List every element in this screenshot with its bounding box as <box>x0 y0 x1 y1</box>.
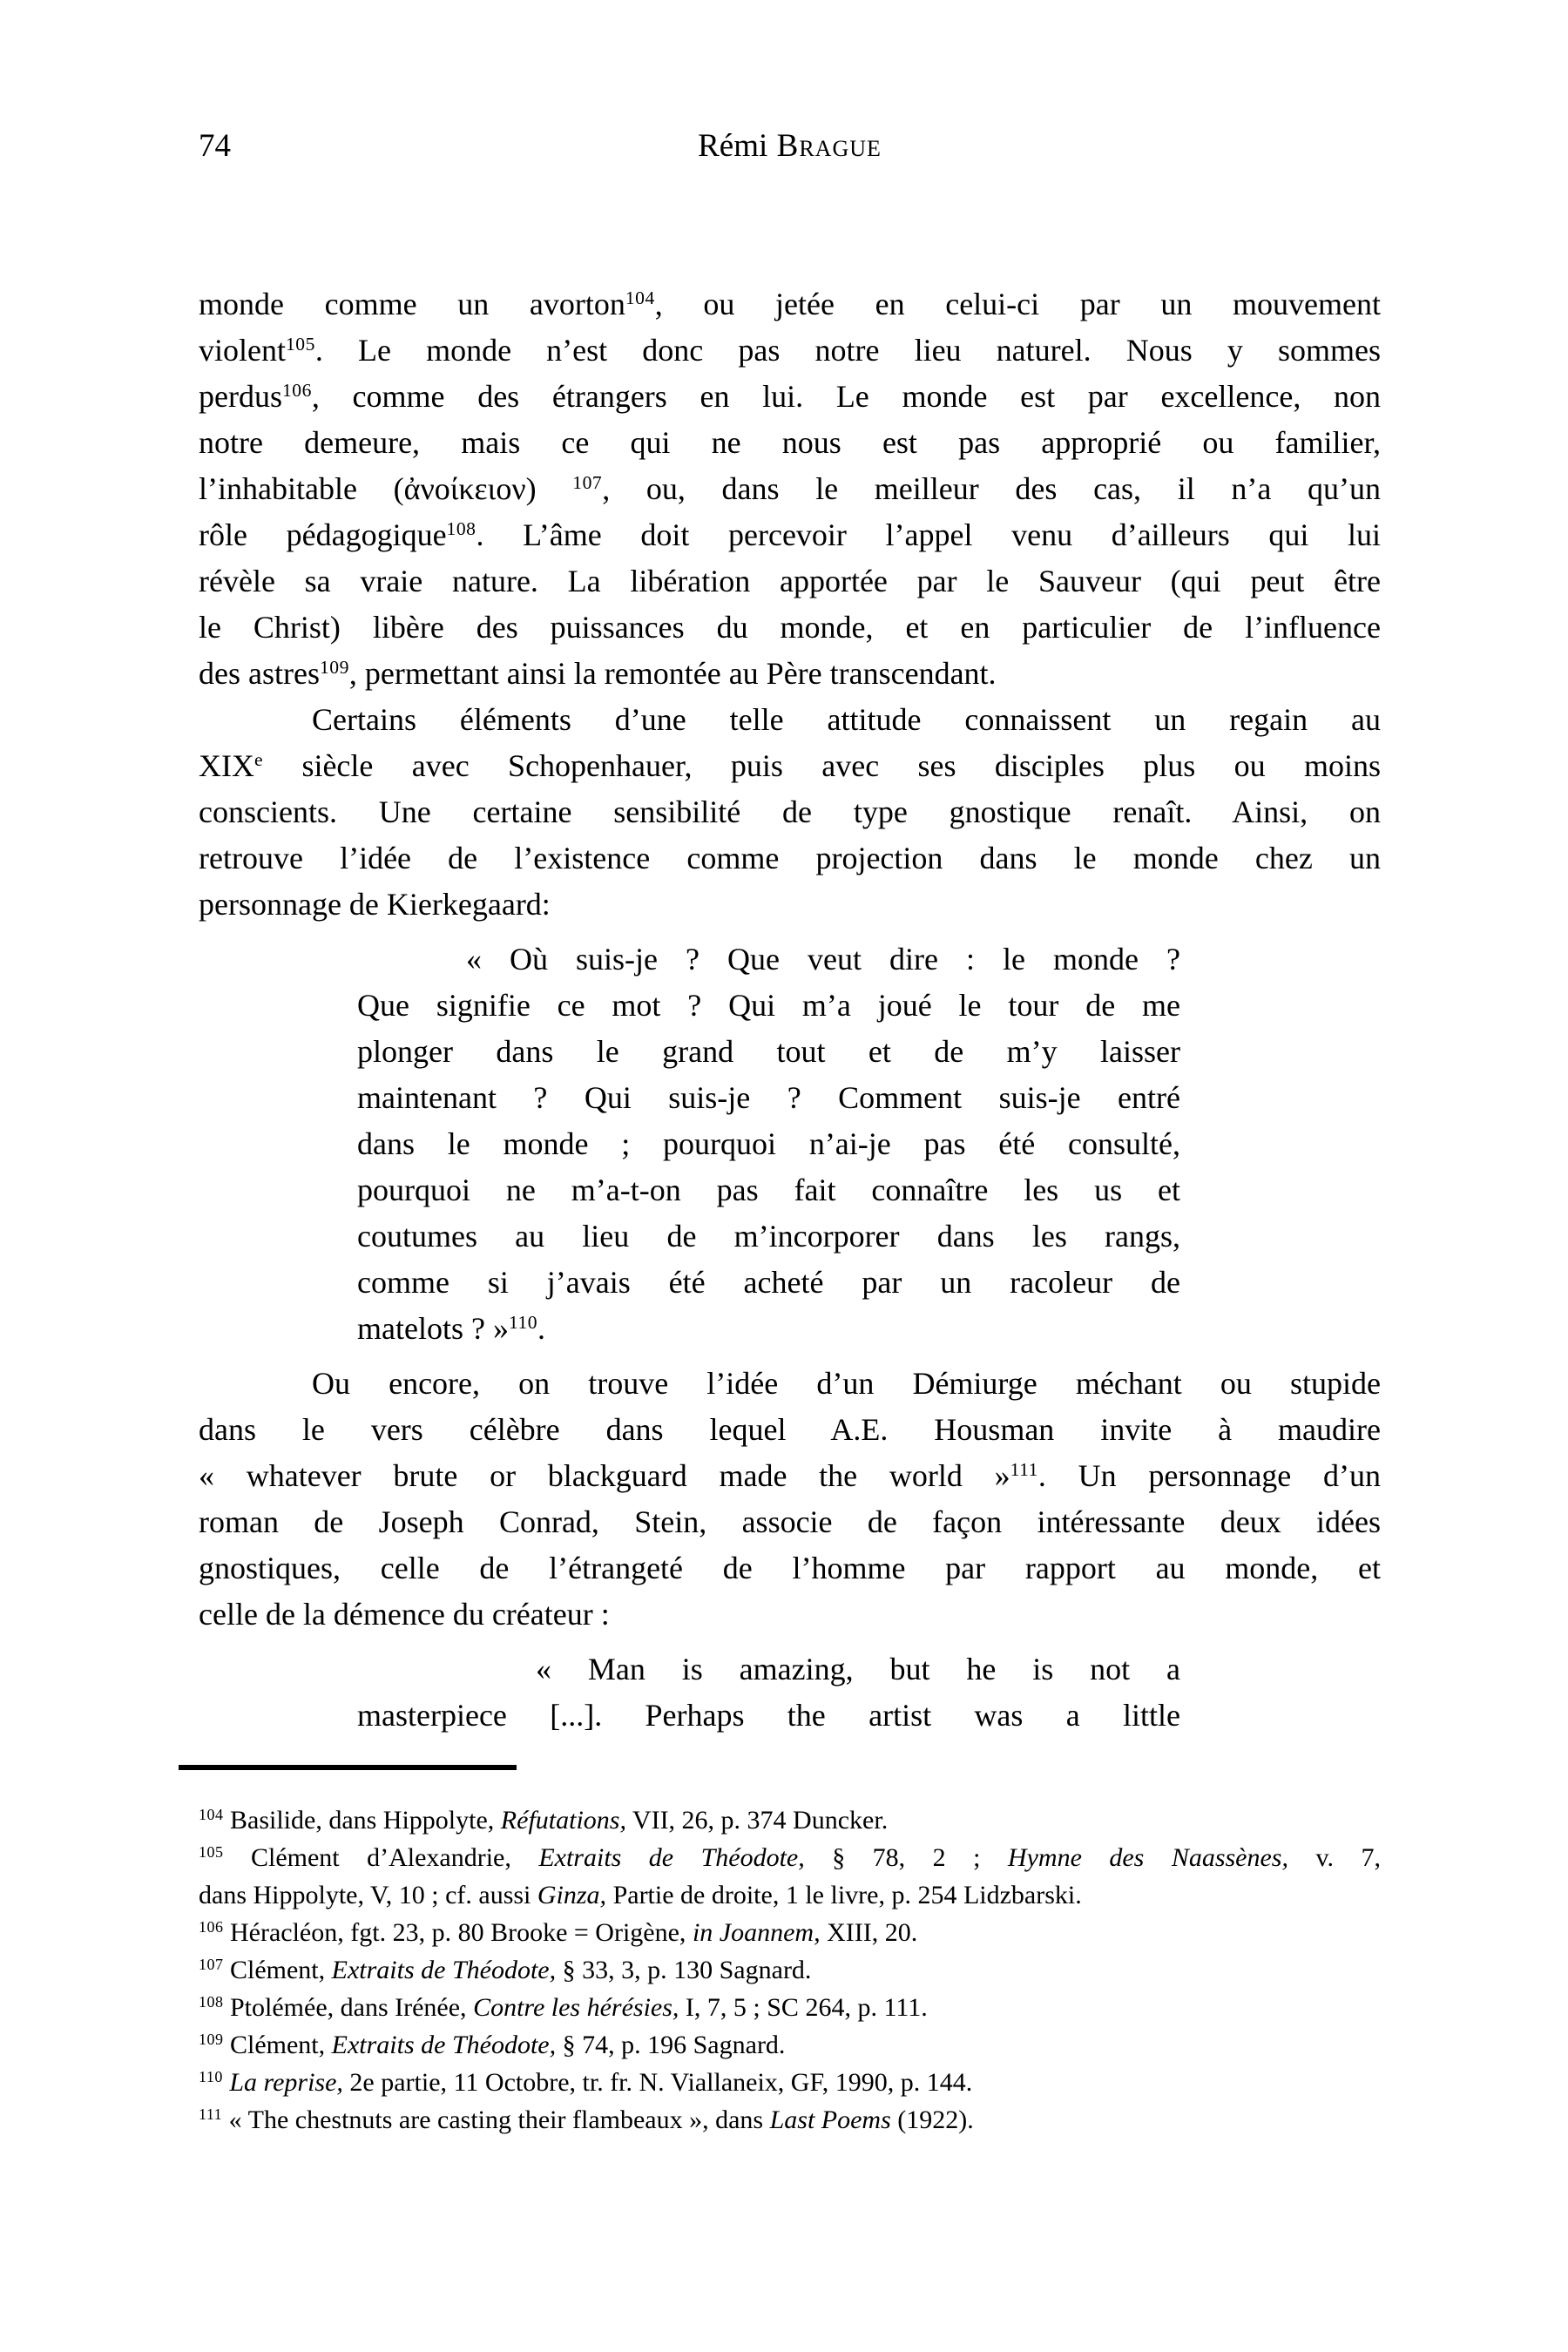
superscript: 107 <box>199 1956 224 1973</box>
block-quote: « Où suis-je ? Que veut dire : le monde … <box>357 936 1180 1352</box>
paragraph: Certains éléments d’une telle attitude c… <box>199 697 1381 928</box>
text-line: perdus106, comme des étrangers en lui. L… <box>199 374 1381 420</box>
text-run: Clément d’Alexandrie, <box>224 1843 539 1872</box>
paragraph: Ou encore, on trouve l’idée d’un Démiurg… <box>199 1361 1381 1638</box>
superscript: 111 <box>199 2105 222 2123</box>
text-run: masterpiece [...]. Perhaps the artist wa… <box>357 1698 1180 1733</box>
text-line: Certains éléments d’une telle attitude c… <box>199 697 1381 743</box>
text-run: notre demeure, mais ce qui ne nous est p… <box>199 425 1381 460</box>
text-run: Partie de droite, 1 le livre, p. 254 Lid… <box>606 1881 1082 1909</box>
running-head-given-name: Rémi <box>698 128 767 164</box>
italic-text: Réfutations, <box>501 1806 626 1835</box>
superscript: e <box>254 749 263 770</box>
footnote-line: 110 La reprise, 2e partie, 11 Octobre, t… <box>199 2064 1381 2101</box>
text-line: violent105. Le monde n’est donc pas notr… <box>199 328 1381 374</box>
page-header: 74 RémiBrague <box>199 127 1381 166</box>
text-run: monde comme un avorton <box>199 287 625 321</box>
superscript: 107 <box>572 472 602 493</box>
superscript: 109 <box>199 2031 224 2048</box>
italic-text: Extraits de Théodote, <box>538 1843 804 1872</box>
text-run: . Un personnage d’un <box>1038 1458 1381 1493</box>
running-head-family-name: Brague <box>777 128 882 164</box>
text-run: . L’âme doit percevoir l’appel venu d’ai… <box>476 517 1381 552</box>
text-run: le Christ) libère des puissances du mond… <box>199 610 1381 645</box>
block-quote: « Man is amazing, but he is not amasterp… <box>357 1646 1180 1739</box>
text-line: dans le monde ; pourquoi n’ai-je pas été… <box>357 1121 1180 1167</box>
text-run: révèle sa vraie nature. La libération ap… <box>199 564 1381 598</box>
text-run: conscients. Une certaine sensibilité de … <box>199 794 1381 829</box>
text-line: maintenant ? Qui suis-je ? Comment suis-… <box>357 1075 1180 1121</box>
text-line: le Christ) libère des puissances du mond… <box>199 605 1381 651</box>
text-line: rôle pédagogique108. L’âme doit percevoi… <box>199 512 1381 558</box>
text-run: , permettant ainsi la remontée au Père t… <box>349 656 997 691</box>
footnote-separator-rule <box>179 1765 517 1770</box>
superscript: 111 <box>1010 1459 1038 1480</box>
text-line: « Où suis-je ? Que veut dire : le monde … <box>357 936 1180 983</box>
text-line: XIXe siècle avec Schopenhauer, puis avec… <box>199 743 1381 789</box>
text-line: des astres109, permettant ainsi la remon… <box>199 651 1381 697</box>
text-run: , comme des étrangers en lui. Le monde e… <box>312 379 1381 414</box>
superscript: 106 <box>199 1918 224 1936</box>
text-run: « Où suis-je ? Que veut dire : le monde … <box>466 942 1180 977</box>
superscript: 104 <box>199 1806 224 1823</box>
text-line: révèle sa vraie nature. La libération ap… <box>199 558 1381 605</box>
text-run: dans le vers célèbre dans lequel A.E. Ho… <box>199 1412 1381 1447</box>
body-text: monde comme un avorton104, ou jetée en c… <box>199 281 1381 1739</box>
text-line: coutumes au lieu de m’incorporer dans le… <box>357 1213 1180 1260</box>
text-run: roman de Joseph Conrad, Stein, associe d… <box>199 1504 1381 1539</box>
footnote-line: 108 Ptolémée, dans Irénée, Contre les hé… <box>199 1989 1381 2026</box>
text-run: dans Hippolyte, V, 10 ; cf. aussi <box>199 1881 537 1909</box>
text-run: l’inhabitable (ἀνοίκειον) <box>199 471 572 506</box>
text-run: . <box>537 1311 545 1346</box>
text-line: gnostiques, celle de l’étrangeté de l’ho… <box>199 1545 1381 1592</box>
text-line: celle de la démence du créateur : <box>199 1592 1381 1638</box>
superscript: 105 <box>199 1843 224 1861</box>
page-body: monde comme un avorton104, ou jetée en c… <box>199 281 1381 2139</box>
text-line: l’inhabitable (ἀνοίκειον) 107, ou, dans … <box>199 466 1381 512</box>
text-run: maintenant ? Qui suis-je ? Comment suis-… <box>357 1080 1180 1115</box>
italic-text: La reprise, <box>229 2068 343 2097</box>
text-run: (1922). <box>891 2105 974 2134</box>
footnote-line: 106 Héracléon, fgt. 23, p. 80 Brooke = O… <box>199 1914 1381 1951</box>
text-line: « Man is amazing, but he is not a <box>357 1646 1180 1693</box>
text-run: v. 7, <box>1288 1843 1381 1872</box>
footnote-line: dans Hippolyte, V, 10 ; cf. aussi Ginza,… <box>199 1876 1381 1914</box>
text-run: XIII, 20. <box>821 1918 918 1947</box>
text-run: Ptolémée, dans Irénée, <box>224 1993 474 2022</box>
text-run: « whatever brute or blackguard made the … <box>199 1458 1010 1493</box>
text-run: XIX <box>199 748 254 783</box>
text-line: comme si j’avais été acheté par un racol… <box>357 1260 1180 1306</box>
text-run: Héracléon, fgt. 23, p. 80 Brooke = Origè… <box>224 1918 693 1947</box>
superscript: 108 <box>199 1993 224 2011</box>
text-line: Que signifie ce mot ? Qui m’a joué le to… <box>357 983 1180 1029</box>
superscript: 109 <box>320 657 349 678</box>
superscript: 108 <box>447 518 476 539</box>
text-run: dans le monde ; pourquoi n’ai-je pas été… <box>357 1126 1180 1161</box>
text-run: rôle pédagogique <box>199 517 447 552</box>
footnotes: 104 Basilide, dans Hippolyte, Réfutation… <box>199 1801 1381 2139</box>
superscript: 110 <box>509 1312 537 1333</box>
superscript: 110 <box>199 2068 223 2085</box>
text-run: Clément, <box>224 1956 332 1984</box>
superscript: 105 <box>286 334 315 355</box>
text-line: personnage de Kierkegaard: <box>199 882 1381 928</box>
text-run: VII, 26, p. 374 Duncker. <box>626 1806 888 1835</box>
text-run: pourquoi ne m’a-t-on pas fait connaître … <box>357 1173 1180 1207</box>
running-head: RémiBrague <box>199 127 1381 166</box>
text-line: plonger dans le grand tout et de m’y lai… <box>357 1029 1180 1075</box>
paragraph: monde comme un avorton104, ou jetée en c… <box>199 281 1381 697</box>
text-line: retrouve l’idée de l’existence comme pro… <box>199 835 1381 882</box>
text-line: notre demeure, mais ce qui ne nous est p… <box>199 420 1381 466</box>
footnote-line: 105 Clément d’Alexandrie, Extraits de Th… <box>199 1839 1381 1876</box>
text-run: violent <box>199 333 286 368</box>
text-run: , ou, dans le meilleur des cas, il n’a q… <box>602 471 1381 506</box>
text-run: 2e partie, 11 Octobre, tr. fr. N. Vialla… <box>343 2068 972 2097</box>
text-run: plonger dans le grand tout et de m’y lai… <box>357 1034 1180 1069</box>
text-run: gnostiques, celle de l’étrangeté de l’ho… <box>199 1551 1381 1585</box>
text-run: § 78, 2 ; <box>805 1843 1008 1872</box>
italic-text: Contre les hérésies, <box>473 1993 679 2022</box>
text-run: personnage de Kierkegaard: <box>199 887 551 922</box>
superscript: 106 <box>282 380 312 401</box>
text-line: masterpiece [...]. Perhaps the artist wa… <box>357 1693 1180 1739</box>
italic-text: Extraits de Théodote, <box>332 2031 556 2059</box>
text-line: Ou encore, on trouve l’idée d’un Démiurg… <box>199 1361 1381 1407</box>
text-run: celle de la démence du créateur : <box>199 1597 610 1632</box>
text-line: monde comme un avorton104, ou jetée en c… <box>199 281 1381 328</box>
text-line: dans le vers célèbre dans lequel A.E. Ho… <box>199 1407 1381 1453</box>
footnote-line: 107 Clément, Extraits de Théodote, § 33,… <box>199 1951 1381 1989</box>
text-run: des astres <box>199 656 320 691</box>
footnote-line: 109 Clément, Extraits de Théodote, § 74,… <box>199 2026 1381 2064</box>
text-line: « whatever brute or blackguard made the … <box>199 1453 1381 1499</box>
text-run: comme si j’avais été acheté par un racol… <box>357 1265 1180 1300</box>
text-run: Ou encore, on trouve l’idée d’un Démiurg… <box>312 1366 1381 1401</box>
text-run: Clément, <box>224 2031 332 2059</box>
text-run: I, 7, 5 ; SC 264, p. 111. <box>679 1993 927 2022</box>
page-number: 74 <box>199 127 231 166</box>
text-run: Basilide, dans Hippolyte, <box>224 1806 501 1835</box>
text-line: roman de Joseph Conrad, Stein, associe d… <box>199 1499 1381 1545</box>
footnote-line: 104 Basilide, dans Hippolyte, Réfutation… <box>199 1801 1381 1839</box>
italic-text: Hymne des Naassènes, <box>1008 1843 1288 1872</box>
text-run: § 74, p. 196 Sagnard. <box>556 2031 785 2059</box>
italic-text: Extraits de Théodote, <box>332 1956 556 1984</box>
text-run: , ou jetée en celui-ci par un mouvement <box>655 287 1381 321</box>
text-run: « Man is amazing, but he is not a <box>536 1652 1180 1686</box>
text-run: Que signifie ce mot ? Qui m’a joué le to… <box>357 988 1180 1023</box>
page: 74 RémiBrague monde comme un avorton104,… <box>0 0 1568 2352</box>
text-line: conscients. Une certaine sensibilité de … <box>199 789 1381 835</box>
text-run: Certains éléments d’une telle attitude c… <box>312 702 1381 737</box>
text-run: perdus <box>199 379 282 414</box>
italic-text: Ginza, <box>537 1881 606 1909</box>
text-run: § 33, 3, p. 130 Sagnard. <box>556 1956 811 1984</box>
footnote-line: 111 « The chestnuts are casting their fl… <box>199 2101 1381 2139</box>
text-run: « The chestnuts are casting their flambe… <box>222 2105 769 2134</box>
text-run: retrouve l’idée de l’existence comme pro… <box>199 841 1381 875</box>
text-run: matelots ? » <box>357 1311 509 1346</box>
italic-text: Last Poems <box>770 2105 891 2134</box>
text-run: . Le monde n’est donc pas notre lieu nat… <box>315 333 1381 368</box>
italic-text: in Joannem, <box>693 1918 821 1947</box>
superscript: 104 <box>625 287 655 308</box>
text-run: coutumes au lieu de m’incorporer dans le… <box>357 1219 1180 1254</box>
text-run: siècle avec Schopenhauer, puis avec ses … <box>263 748 1381 783</box>
text-line: matelots ? »110. <box>357 1306 1180 1352</box>
text-line: pourquoi ne m’a-t-on pas fait connaître … <box>357 1167 1180 1213</box>
